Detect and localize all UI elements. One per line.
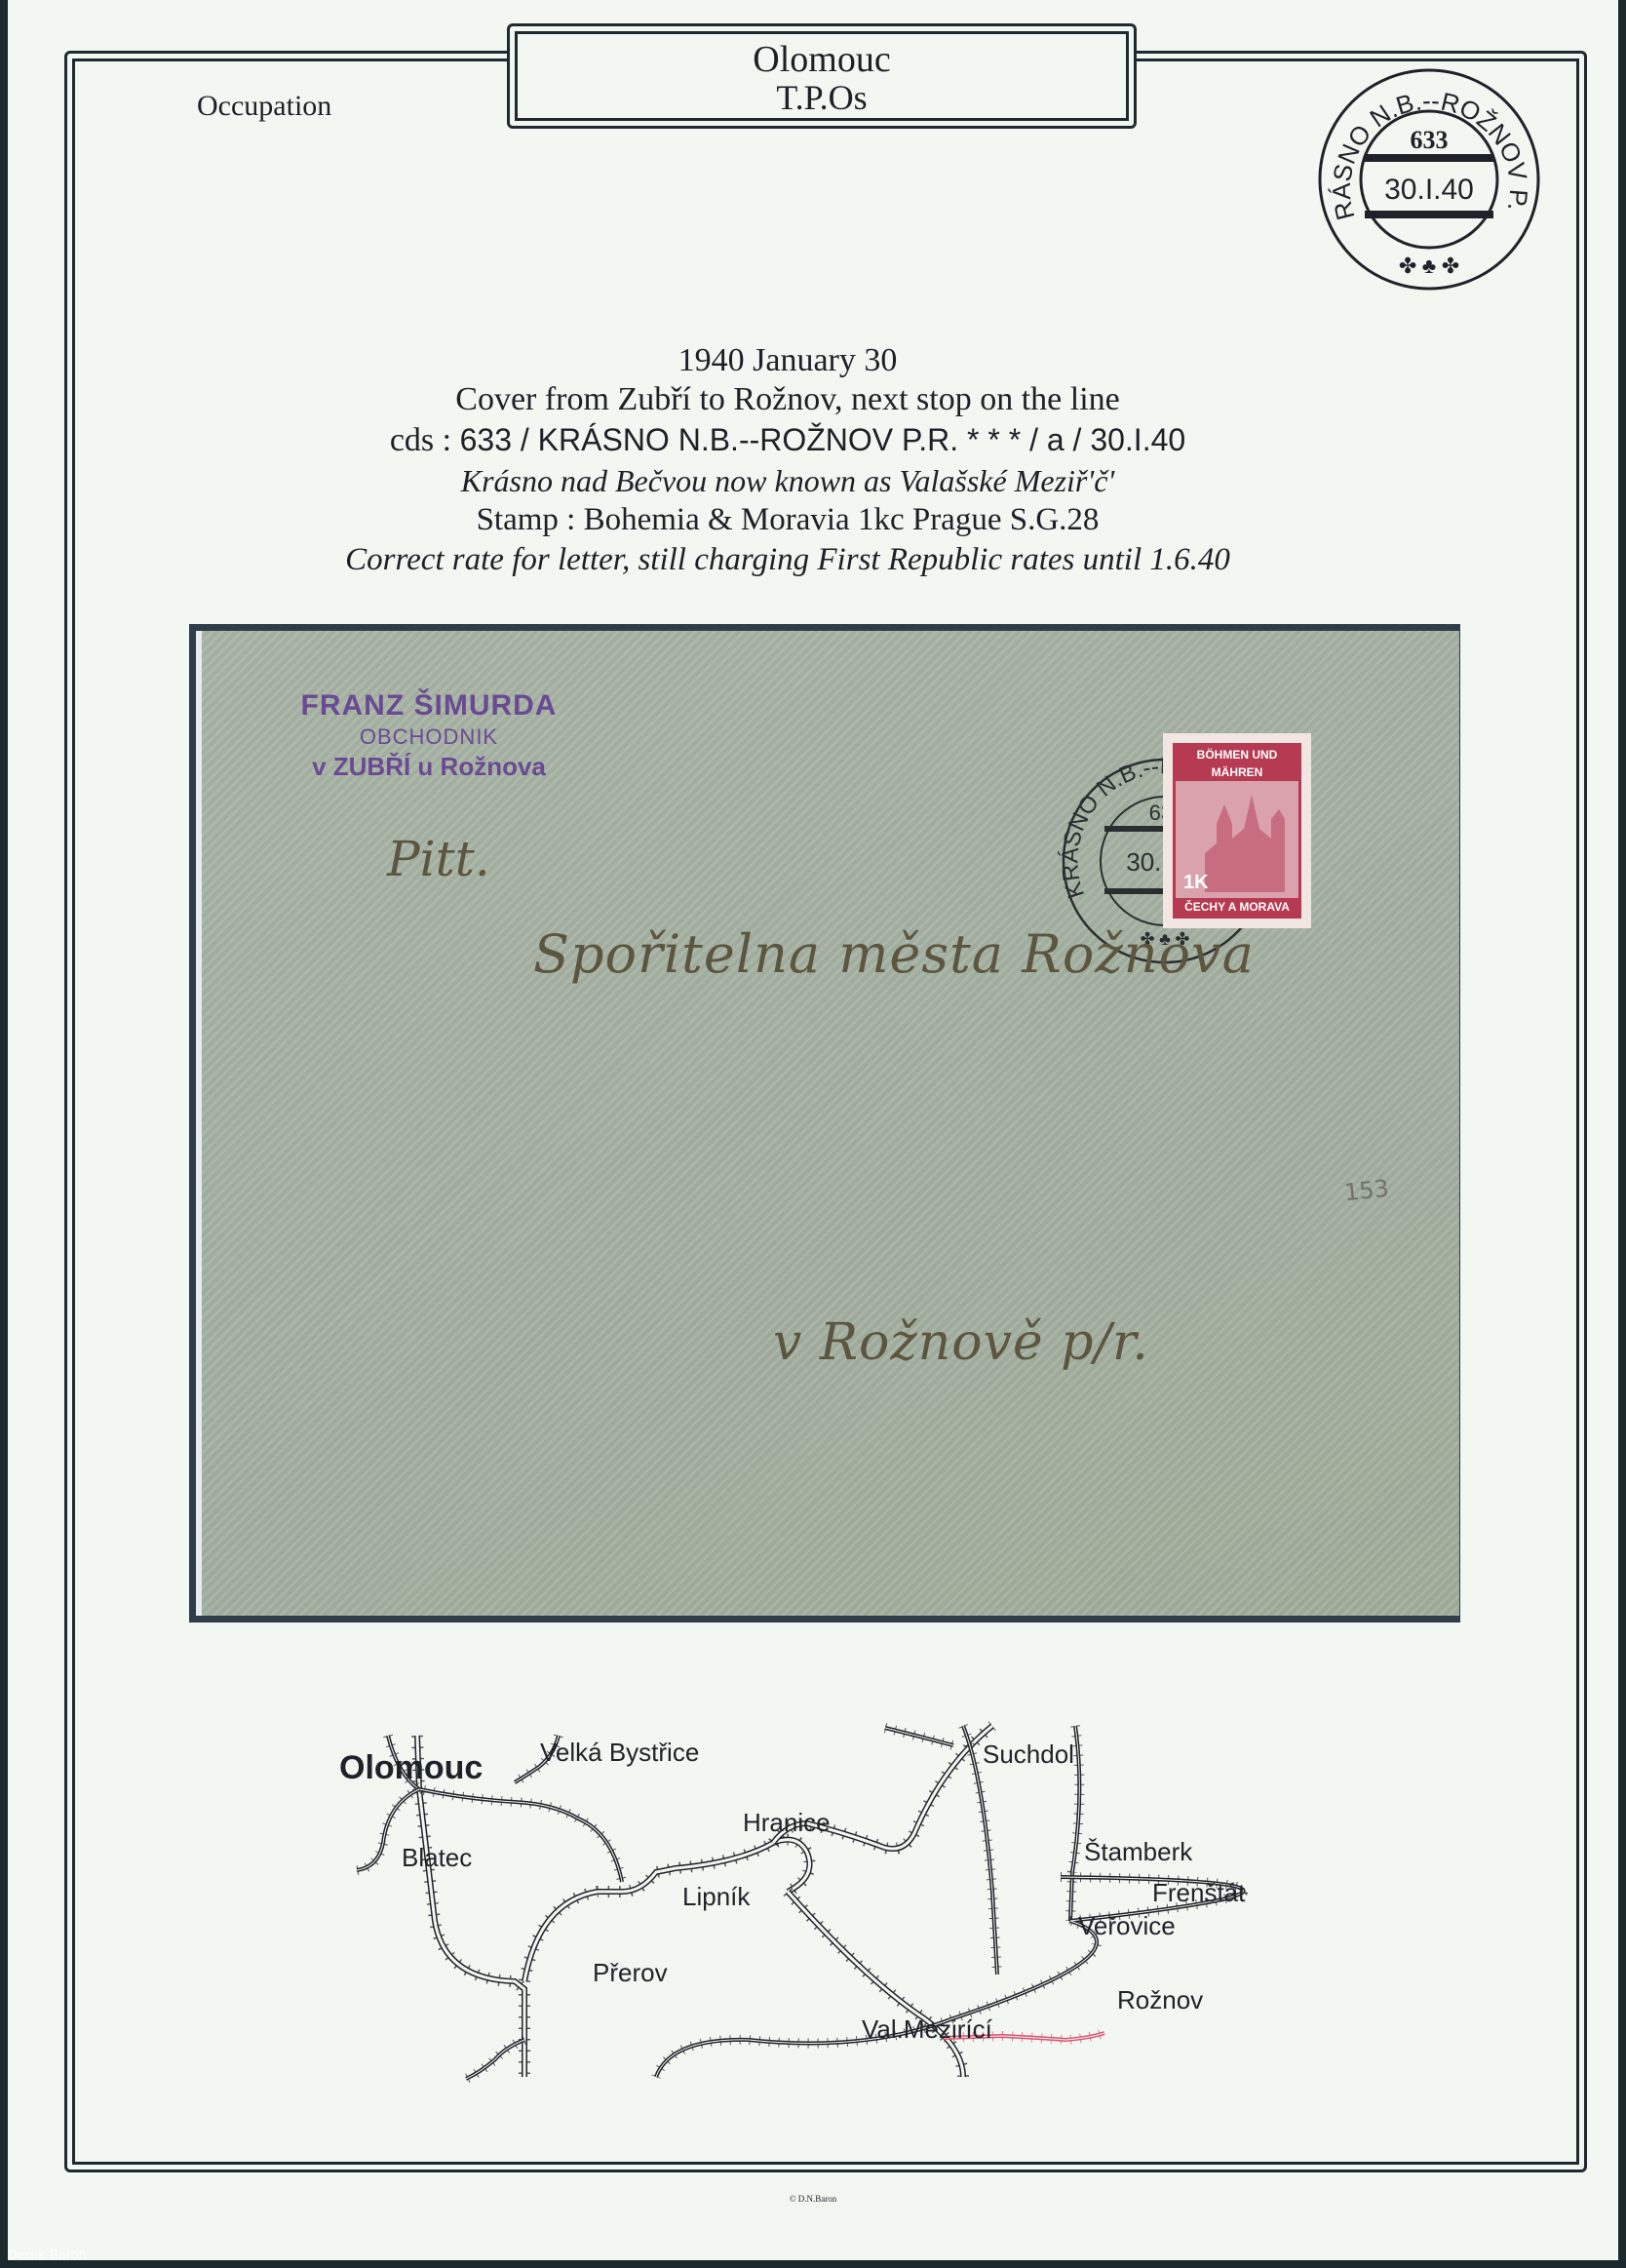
page-subtitle: T.P.Os [518,79,1126,116]
cds-postmark-illustration: KRÁSNO N.B.--ROŽNOV P.R. 633 30.I.40 ✤ ♣… [1314,64,1544,294]
place-note: Krásno nad Bečvou now known as Valašské … [154,461,1421,500]
branch-line-3 [466,2040,524,2079]
address-town: v Rožnově p/r. [773,1313,1149,1372]
map-label-prerov: Přerov [593,1958,668,1988]
cds-number: 633 [1411,126,1449,154]
cds-description: cds : 633 / KRÁSNO N.B.--ROŽNOV P.R. * *… [154,419,1421,461]
map-label-roznov: Rožnov [1117,1985,1203,2015]
cover-route: Cover from Zubří to Rožnov, next stop on… [154,380,1421,419]
stamp-bottom-text: ČECHY A MORAVA [1176,898,1298,916]
cover-description: 1940 January 30 Cover from Zubří to Rožn… [154,341,1421,580]
stamp-description: Stamp : Bohemia & Moravia 1kc Prague S.G… [154,500,1421,539]
watermark: Derek Baron [8,2248,87,2263]
map-label-val-mezirici: Val.Mezirící [862,2014,992,2045]
castle-icon [1195,785,1293,892]
pencil-note: 153 [1343,1175,1390,1207]
cds-date: 30.I.40 [1384,174,1474,206]
sender-name: FRANZ ŠIMURDA [278,689,580,723]
stamp-design: BÖHMEN UND MÄHREN PRAHA 1K ČECHY A MORAV… [1173,743,1301,919]
album-page: Olomouc T.P.Os Occupation KRÁSNO N.B.--R… [8,0,1618,2260]
map-label-olomouc: Olomouc [339,1749,483,1787]
sender-handstamp: FRANZ ŠIMURDA OBCHODNIK v ZUBŘÍ u Rožnov… [278,689,580,782]
branch-line-4 [885,1728,953,1745]
map-label-frenstat: Frenštát [1152,1878,1245,1908]
map-label-velka-bystrice: Velká Bystřice [540,1738,699,1768]
sender-place: v ZUBŘÍ u Rožnova [278,752,580,782]
railway-map: Olomouc Velká Bystřice Blatec Hranice Li… [320,1697,1373,2126]
envelope-cover: FRANZ ŠIMURDA OBCHODNIK v ZUBŘÍ u Rožnov… [196,631,1459,1616]
cover-mount: FRANZ ŠIMURDA OBCHODNIK v ZUBŘÍ u Rožnov… [189,624,1460,1623]
map-label-verovice: Veřovice [1078,1911,1176,1941]
rate-note: Correct rate for letter, still charging … [154,539,1421,580]
copyright: © D.N.Baron [8,2194,1618,2204]
address-addressee: Spořitelna města Rožnova [533,923,1255,985]
map-label-suchdol: Suchdol [983,1740,1074,1770]
postage-stamp: BÖHMEN UND MÄHREN PRAHA 1K ČECHY A MORAV… [1163,733,1311,928]
page-title: Olomouc [518,40,1126,79]
cds-ornaments: ✤ ♣ ✤ [1399,254,1459,278]
map-label-hranice: Hranice [743,1808,831,1838]
address-salutation: Pitt. [387,831,490,887]
section-label: Occupation [197,90,331,123]
map-label-lipnik: Lipník [682,1882,750,1912]
map-label-blatec: Blatec [402,1843,472,1873]
title-box: Olomouc T.P.Os [507,23,1137,129]
cds-prefix: cds : [390,422,460,458]
stamp-value: 1K [1183,872,1209,894]
map-label-stamberk: Štamberk [1084,1837,1192,1867]
main-line-3 [788,1892,963,2077]
sender-role: OBCHODNIK [278,724,580,750]
cds-text: 633 / KRÁSNO N.B.--ROŽNOV P.R. * * * / a… [460,422,1186,457]
stamp-city: PRAHA [1265,767,1293,776]
cover-date: 1940 January 30 [154,341,1421,380]
